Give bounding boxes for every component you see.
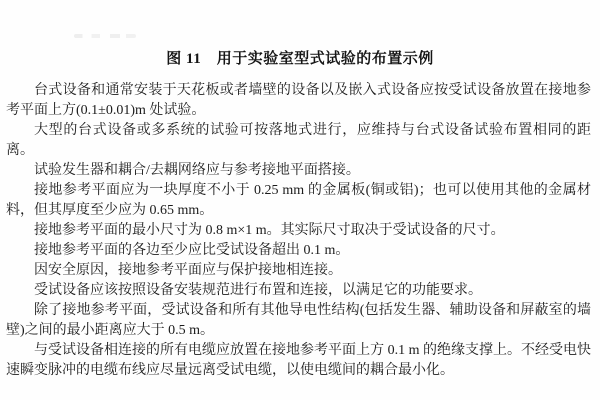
paragraph: 受试设备应该按照设备安装规范进行布置和连接，以满足它的功能要求。 bbox=[6, 281, 591, 301]
paragraph: 除了接地参考平面，受试设备和所有其他导电性结构(包括发生器、辅助设备和屏蔽室的墙… bbox=[6, 301, 591, 341]
paragraph: 接地参考平面的最小尺寸为 0.8 m×1 m。其实际尺寸取决于受试设备的尺寸。 bbox=[6, 221, 591, 241]
paragraph: 接地参考平面的各边至少应比受试设备超出 0.1 m。 bbox=[6, 241, 591, 261]
paragraph: 台式设备和通常安装于天花板或者墙壁的设备以及嵌入式设备应按受试设备放置在接地参考… bbox=[6, 81, 591, 121]
paragraph: 与受试设备相连接的所有电缆应放置在接地参考平面上方 0.1 m 的绝缘支撑上。不… bbox=[6, 341, 591, 381]
paragraph: 试验发生器和耦合/去耦网络应与参考接地平面搭接。 bbox=[6, 161, 591, 181]
paragraph: 因安全原因，接地参考平面应与保护接地相连接。 bbox=[6, 261, 591, 281]
document-page: 图 11 用于实验室型式试验的布置示例 台式设备和通常安装于天花板或者墙壁的设备… bbox=[0, 0, 600, 400]
body-text: 台式设备和通常安装于天花板或者墙壁的设备以及嵌入式设备应按受试设备放置在接地参考… bbox=[6, 81, 591, 381]
figure-caption: 图 11 用于实验室型式试验的布置示例 bbox=[0, 47, 600, 68]
paragraph: 接地参考平面应为一块厚度不小于 0.25 mm 的金属板(铜或铝)；也可以使用其… bbox=[6, 181, 591, 221]
scan-artifact bbox=[74, 34, 136, 38]
paragraph: 大型的台式设备或多系统的试验可按落地式进行，应维持与台式设备试验布置相同的距离。 bbox=[6, 121, 591, 161]
